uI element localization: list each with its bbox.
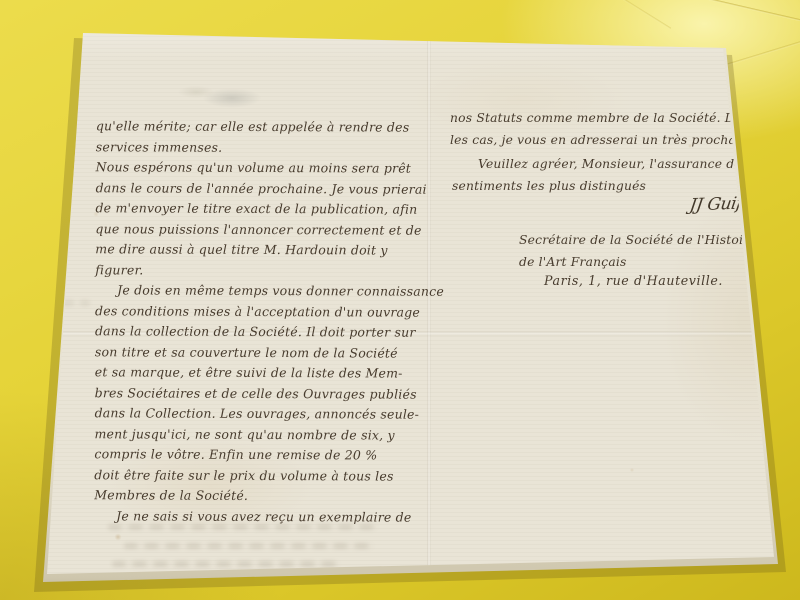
handwritten-line: dans le cours de l'année prochaine. Je v…	[96, 178, 445, 200]
handwritten-line: de l'Art Français	[519, 251, 757, 273]
handwritten-line: de m'envoyer le titre exact de la public…	[95, 198, 444, 220]
handwritten-line: qu'elle mérite; car elle est appelée à r…	[96, 116, 445, 138]
backdrop-crease	[569, 0, 672, 30]
handwritten-line: Nous espérons qu'un volume au moins sera…	[96, 157, 445, 179]
handwritten-line: des conditions mises à l'acceptation d'u…	[95, 301, 444, 323]
signer-role: Secrétaire de la Société de l'Histoire d…	[519, 229, 757, 273]
handwritten-line: me dire aussi à quel titre M. Hardouin d…	[95, 239, 444, 261]
bleed-through-marks	[124, 543, 374, 549]
handwritten-line: dans la collection de la Société. Il doi…	[95, 321, 444, 343]
handwritten-line: Je dois en même temps vous donner connai…	[117, 280, 444, 302]
handwritten-line: et sa marque, et être suivi de la liste …	[95, 362, 444, 384]
handwritten-line: compris le vôtre. Enfin une remise de 20…	[94, 444, 443, 466]
handwritten-line: figurer.	[95, 260, 444, 282]
address-line: Paris, 1, rue d'Hauteville.	[544, 273, 723, 288]
closing-formula: Veuillez agréer, Monsieur, l'assurance d…	[452, 153, 772, 197]
left-page-text: qu'elle mérite; car elle est appelée à r…	[94, 116, 445, 528]
letter-paper: qu'elle mérite; car elle est appelée à r…	[0, 0, 800, 600]
handwritten-line: services immenses.	[96, 137, 445, 159]
bleed-through-marks	[112, 561, 340, 567]
photograph-of-letter: qu'elle mérite; car elle est appelée à r…	[0, 0, 800, 600]
handwritten-line: Membres de la Société.	[94, 485, 443, 507]
handwritten-line: ment jusqu'ici, ne sont qu'au nombre de …	[94, 424, 443, 446]
handwritten-line: Je ne sais si vous avez reçu un exemplai…	[116, 506, 443, 528]
handwritten-line: dans la Collection. Les ouvrages, annonc…	[95, 403, 444, 425]
handwritten-line: son titre et sa couverture le nom de la …	[95, 342, 444, 364]
handwritten-line: doit être faite sur le prix du volume à …	[94, 465, 443, 487]
backdrop-crease	[631, 0, 800, 34]
handwritten-line: bres Sociétaires et de celle des Ouvrage…	[95, 383, 444, 405]
handwritten-line: Veuillez agréer, Monsieur, l'assurance d…	[478, 153, 772, 175]
handwritten-line: que nous puissions l'annoncer correcteme…	[95, 219, 444, 241]
handwritten-line: Secrétaire de la Société de l'Histoire	[519, 229, 757, 251]
